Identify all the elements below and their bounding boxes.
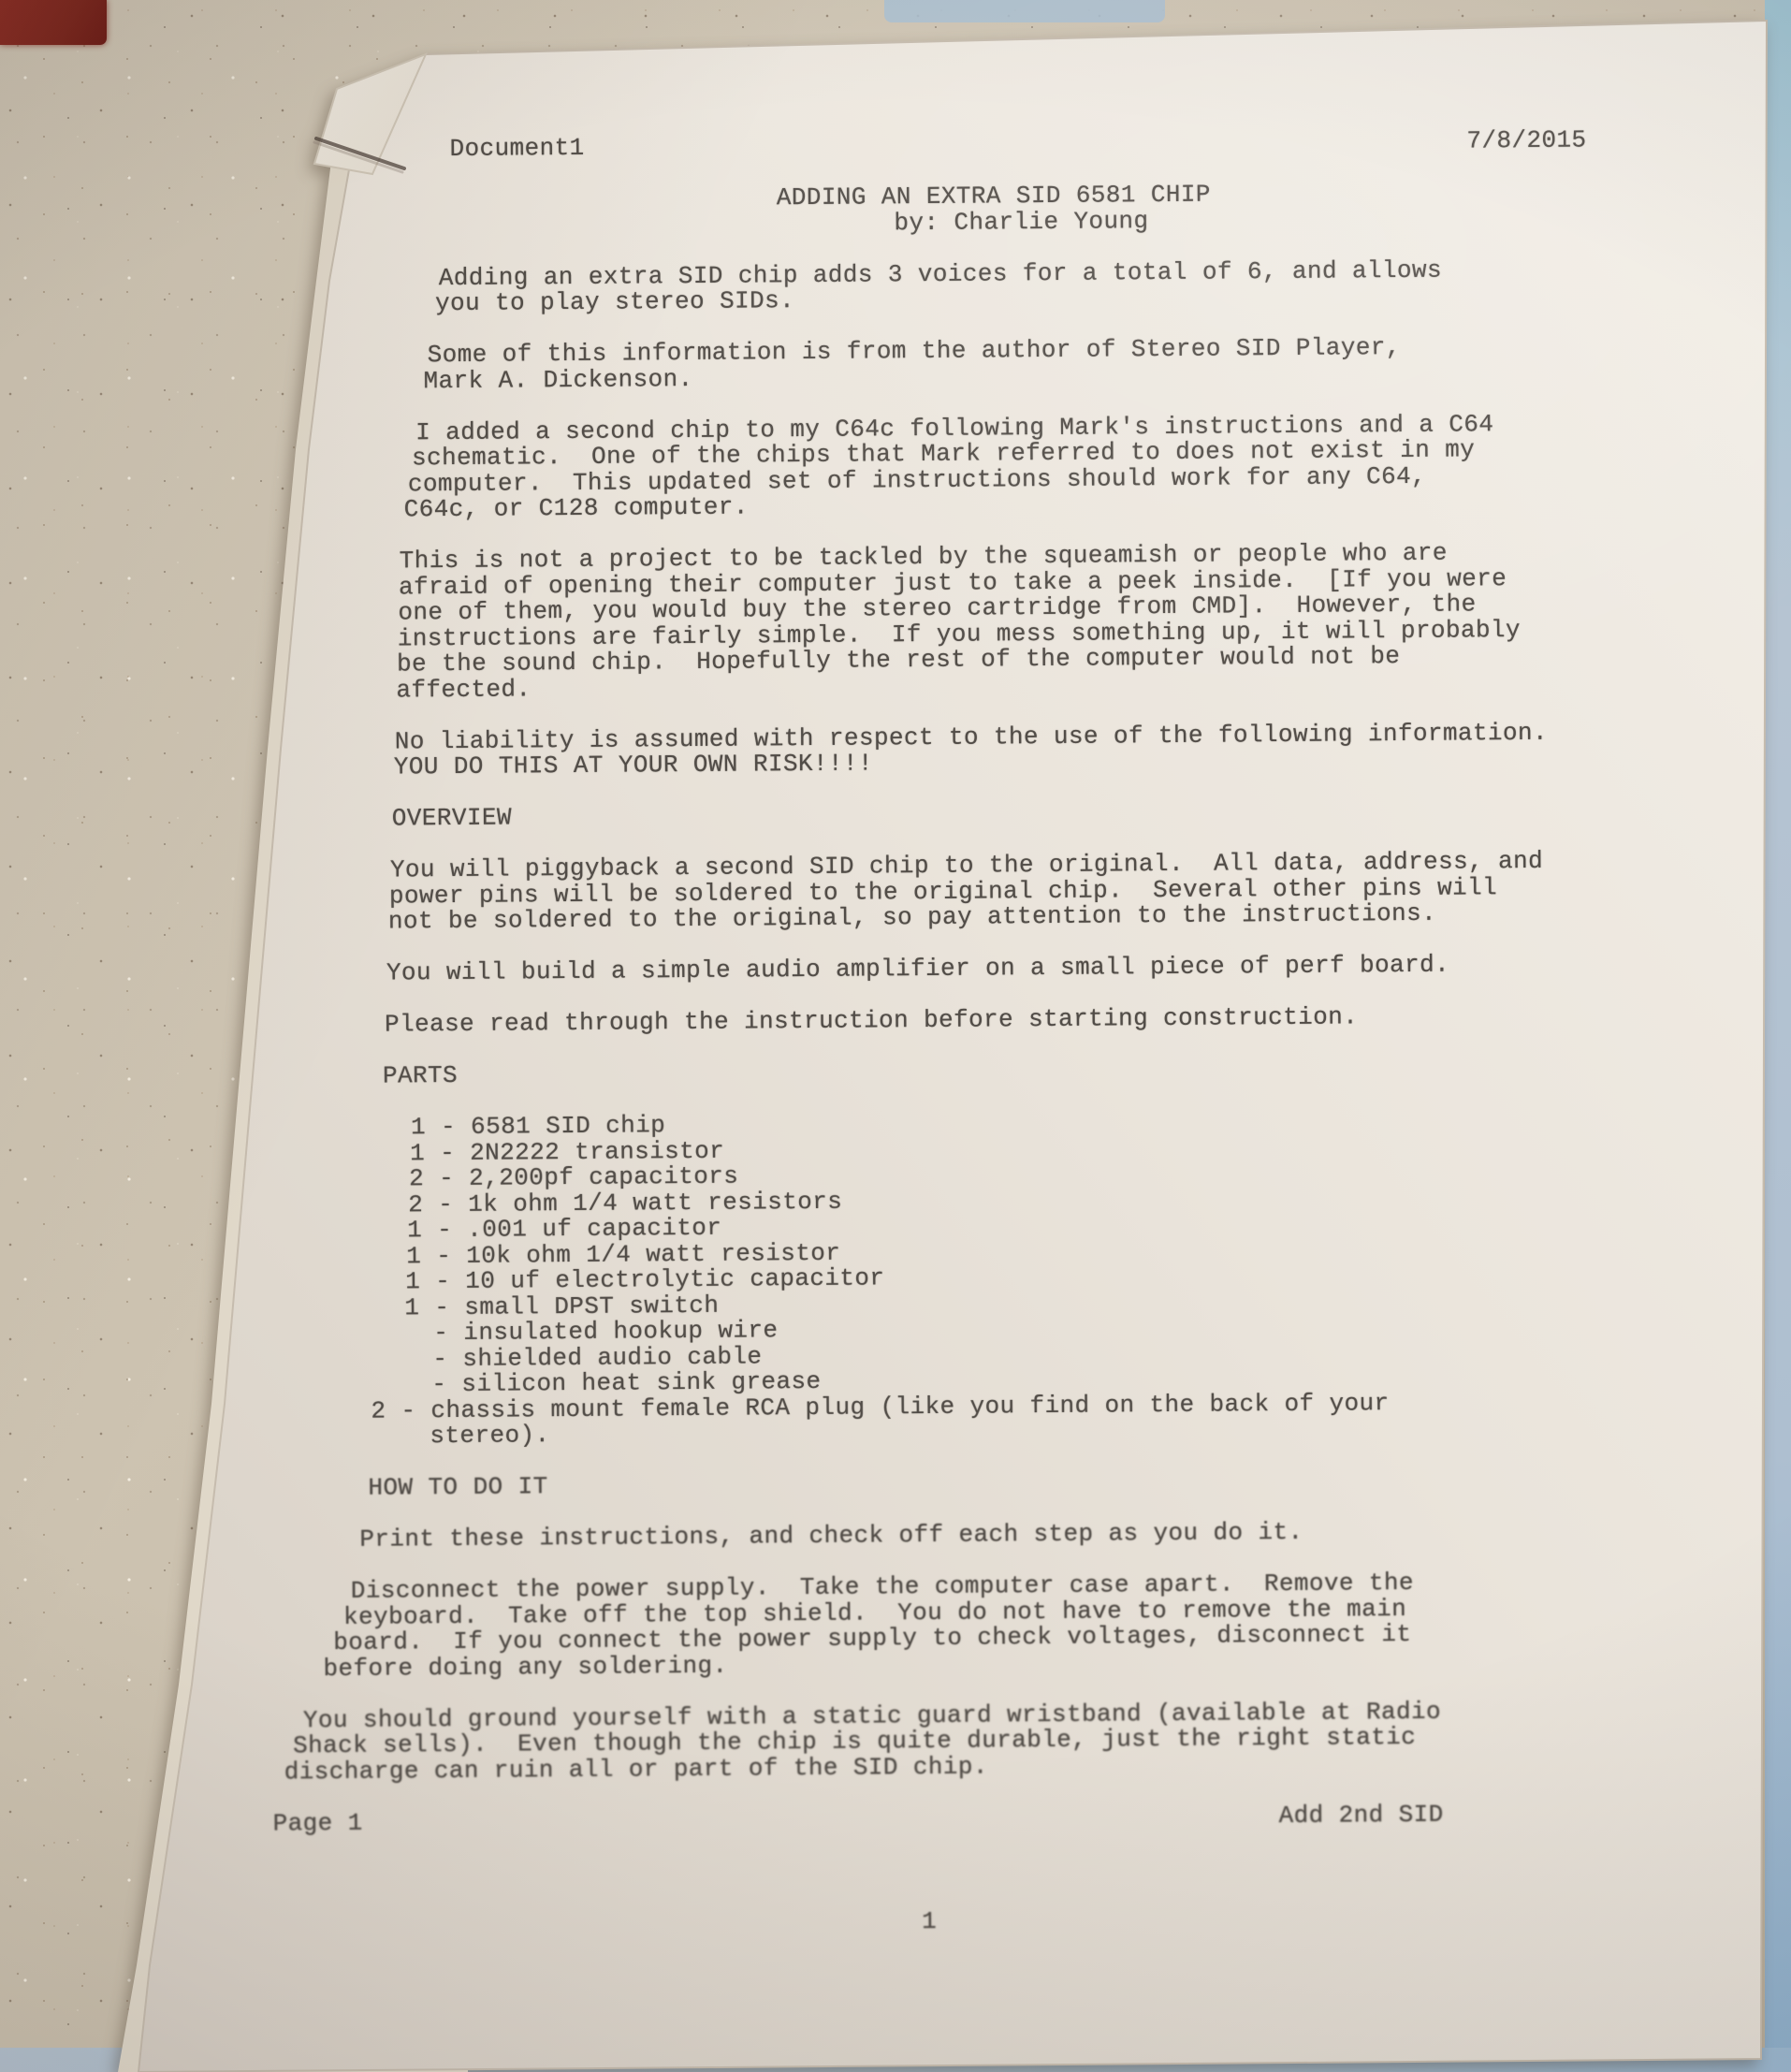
page-label: Page 1 [273, 1810, 363, 1836]
document-page: Document17/8/2015 ADDING AN EXTRA SID 65… [0, 126, 1791, 1942]
date-label: 7/8/2015 [1466, 127, 1586, 154]
footer-right-label: Add 2nd SID [1278, 1802, 1443, 1829]
document-name-label: Document1 [449, 136, 584, 163]
